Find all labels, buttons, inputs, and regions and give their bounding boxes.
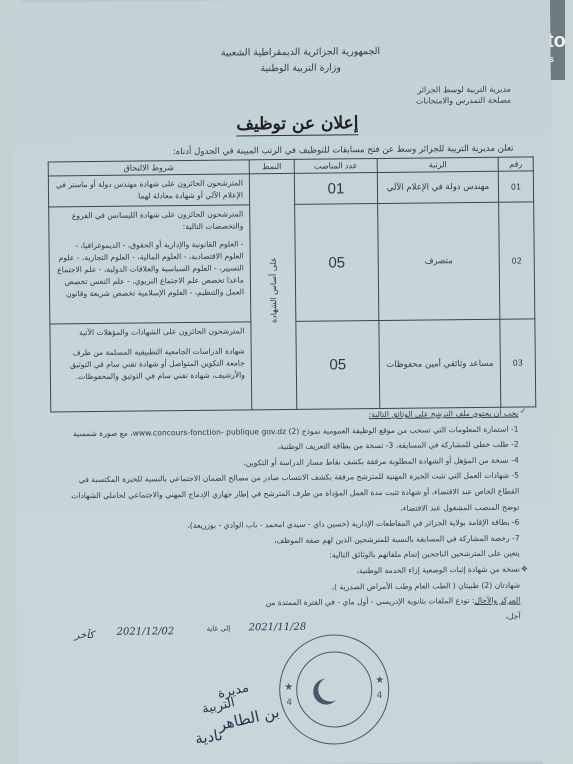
- announcement-title: إعلان عن توظيف: [236, 113, 358, 136]
- conditions-intro: المترشحون الحائزون على الشهادات والمؤهلا…: [56, 325, 244, 339]
- row-conditions: المترشحون الحائزون على شهادة الليسانس في…: [49, 205, 251, 324]
- to-word: إلى غاية: [207, 625, 231, 633]
- official-stamp: ★ ★ 4 4: [279, 634, 390, 745]
- table-row: 01 مهندس دولة في الإعلام الآلي 01 على أس…: [48, 171, 533, 207]
- row-conditions: المترشحون الحائزون على شهادة مهندس دولة …: [48, 174, 249, 207]
- conditions-intro: المترشحون الحائزون على شهادة الليسانس في…: [55, 208, 243, 234]
- signer-name-2: نادية: [137, 717, 280, 756]
- conditions-list: شهادة الدراسات الجامعية التطبيقية المسلم…: [57, 345, 245, 383]
- document-page: الجمهورية الجزائرية الديمقراطية الشعبية …: [10, 0, 558, 764]
- row-num: 01: [498, 171, 533, 202]
- row-rank: مهندس دولة في الإعلام الآلي: [377, 171, 498, 203]
- required-documents: يجب أن يحتوي ملف الترشح على الوثائق التا…: [8, 406, 520, 630]
- conditions-list: - العلوم القانونية والإدارية أو الحقوق، …: [56, 238, 245, 300]
- row-rank: مساعد وثائقي أمين محفوظات: [379, 319, 501, 408]
- handwritten-last: كآخر: [75, 630, 95, 641]
- signature-block: مديرة التربية بن الطاهر نادية: [147, 683, 280, 746]
- republic-heading: الجمهورية الجزائرية الديمقراطية الشعبية: [200, 46, 400, 59]
- service-name: مصلحة التمدرس والامتحانات: [416, 96, 511, 106]
- place-text: : تودع الملفات بثانوية الإدريسي - أول ما…: [266, 596, 475, 607]
- handwritten-date-from: 2021/11/28: [249, 622, 307, 634]
- ministry-heading: وزارة التربية الوطنية: [221, 62, 381, 75]
- handwritten-date-to: 2021/12/02: [117, 626, 175, 638]
- place-label: المركز والآجال: [474, 596, 520, 605]
- row-num: 02: [499, 202, 535, 319]
- positions-table: رقم الرتبة عدد المناصب النمط شروط الالتح…: [48, 156, 537, 412]
- recruitment-mode-cell: على أساس الشهادة: [249, 173, 296, 409]
- announcement-intro: تعلن مديرية التربية للجزائر وسط عن فتح م…: [173, 144, 514, 158]
- bullet-diamond-icon: ❖: [521, 564, 528, 573]
- crescent-icon: [318, 677, 342, 701]
- row-num: 03: [500, 319, 536, 407]
- row-rank: متصرف: [378, 202, 500, 320]
- header-mode: النمط: [249, 159, 294, 173]
- directorate-name: مديرية التربية لوسط الجزائر: [417, 85, 511, 95]
- row-count: 05: [296, 321, 380, 410]
- recruitment-mode: على أساس الشهادة: [268, 257, 278, 323]
- stamp-number: 4: [286, 698, 292, 708]
- star-icon: ★: [375, 675, 384, 686]
- checkmark-icon: ✓: [520, 406, 527, 415]
- header-num: رقم: [498, 157, 533, 171]
- header-count: عدد المناصب: [294, 159, 377, 174]
- row-count: 05: [295, 204, 379, 322]
- row-count: 01: [294, 173, 377, 205]
- row-conditions: المترشحون الحائزون على الشهادات والمؤهلا…: [50, 322, 252, 412]
- stamp-number: 4: [377, 691, 383, 701]
- star-icon: ★: [284, 682, 293, 693]
- header-rank: الرتبة: [377, 157, 498, 172]
